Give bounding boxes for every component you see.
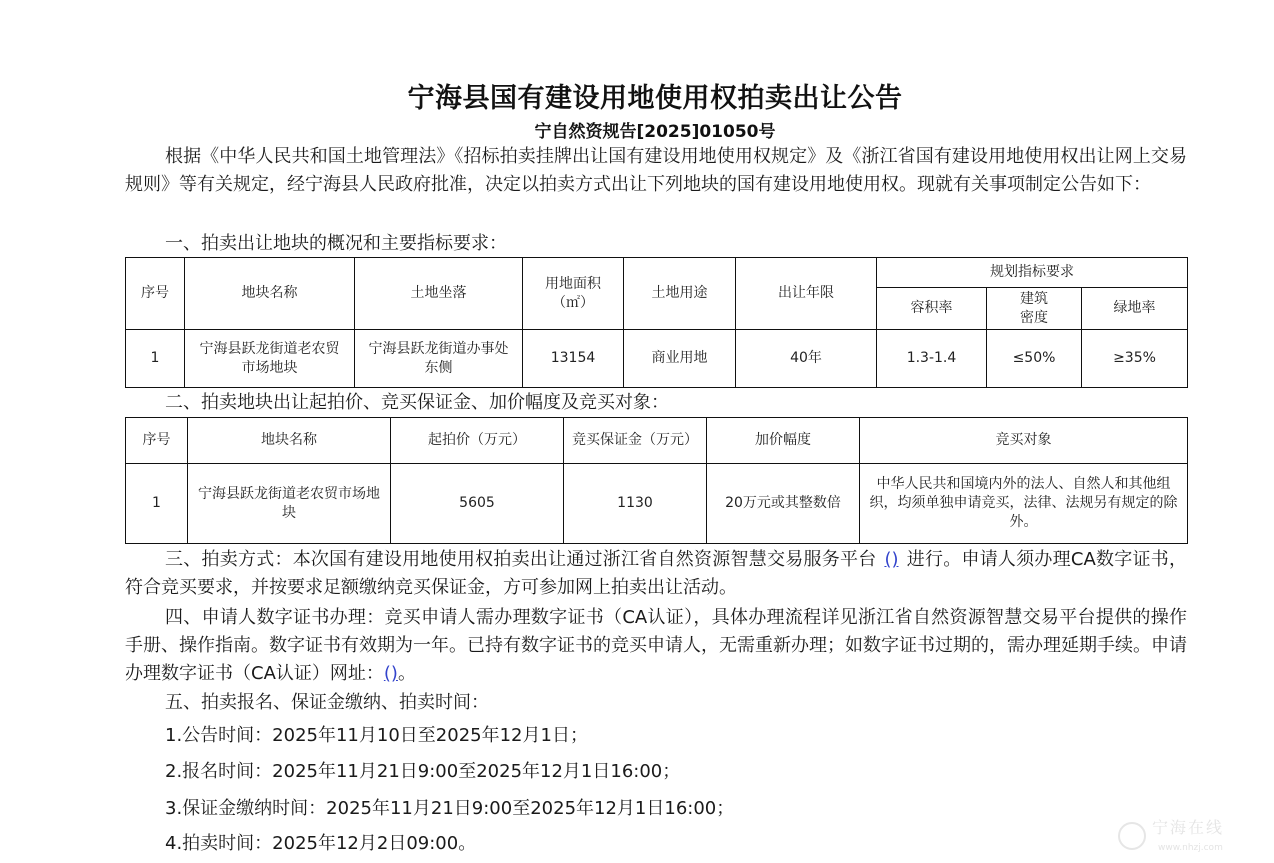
announcement-page: 宁海县国有建设用地使用权拍卖出让公告 宁自然资规告[2025]01050号 根据… (0, 0, 1274, 863)
header-parcel-name: 地块名称 (185, 258, 355, 330)
header-parcel-name: 地块名称 (188, 418, 391, 464)
section4-text-after: 。 (398, 663, 416, 684)
schedule-item-registration: 2.报名时间：2025年11月21日9:00至2025年12月1日16:00； (165, 758, 680, 786)
cell-parcel-name: 宁海县跃龙街道老农贸市场地块 (185, 330, 355, 388)
cell-location: 宁海县跃龙街道办事处东侧 (355, 330, 523, 388)
document-number: 宁自然资规告[2025]01050号 (0, 117, 1274, 142)
cell-parcel-name: 宁海县跃龙街道老农贸市场地块 (188, 464, 391, 544)
cell-parcel-name-text: 宁海县跃龙街道老农贸市场地块 (195, 340, 345, 378)
site-watermark: 宁海在线 www.nhzj.com (1118, 818, 1268, 858)
section3-paragraph: 三、拍卖方式：本次国有建设用地使用权拍卖出让通过浙江省自然资源智慧交易服务平台(… (125, 546, 1187, 602)
watermark-url: www.nhzj.com (1158, 840, 1223, 856)
table-row: 1 宁海县跃龙街道老农贸市场地块 宁海县跃龙街道办事处东侧 13154 商业用地… (126, 330, 1188, 388)
cell-increment: 20万元或其整数倍 (707, 464, 860, 544)
section5-heading: 五、拍卖报名、保证金缴纳、拍卖时间： (165, 689, 489, 717)
cell-start-price: 5605 (391, 464, 564, 544)
cell-term: 40年 (736, 330, 877, 388)
header-land-use: 土地用途 (624, 258, 736, 330)
header-area-label: 用地面积（㎡） (535, 275, 611, 313)
ca-certificate-link[interactable]: () (384, 663, 398, 684)
header-area: 用地面积（㎡） (523, 258, 624, 330)
cell-green: ≥35% (1082, 330, 1188, 388)
header-far: 容积率 (877, 288, 987, 330)
schedule-item-auction: 4.拍卖时间：2025年12月2日09:00。 (165, 830, 476, 858)
parcel-overview-table: 序号 地块名称 土地坐落 用地面积（㎡） 土地用途 出让年限 规划指标要求 容积… (125, 257, 1188, 388)
cell-deposit: 1130 (564, 464, 707, 544)
cell-seq: 1 (126, 464, 188, 544)
section1-heading: 一、拍卖出让地块的概况和主要指标要求： (165, 230, 507, 258)
cell-seq: 1 (126, 330, 185, 388)
intro-paragraph: 根据《中华人民共和国土地管理法》《招标拍卖挂牌出让国有建设用地使用权规定》及《浙… (125, 143, 1187, 199)
trading-platform-link[interactable]: () (876, 549, 906, 570)
schedule-item-announcement: 1.公告时间：2025年11月10日至2025年12月1日； (165, 722, 588, 750)
auction-terms-table: 序号 地块名称 起拍价（万元） 竞买保证金（万元） 加价幅度 竞买对象 1 宁海… (125, 417, 1188, 544)
watermark-name: 宁海在线 (1152, 820, 1224, 836)
header-start-price: 起拍价（万元） (391, 418, 564, 464)
header-planning: 规划指标要求 (877, 258, 1188, 288)
schedule-item-deposit: 3.保证金缴纳时间：2025年11月21日9:00至2025年12月1日16:0… (165, 795, 734, 823)
cell-density: ≤50% (987, 330, 1082, 388)
header-bidders: 竞买对象 (860, 418, 1188, 464)
cell-far: 1.3-1.4 (877, 330, 987, 388)
cell-location-text: 宁海县跃龙街道办事处东侧 (364, 340, 514, 378)
cell-bidders: 中华人民共和国境内外的法人、自然人和其他组织，均须单独申请竞买，法律、法规另有规… (860, 464, 1188, 544)
watermark-logo-icon (1118, 822, 1146, 850)
header-increment: 加价幅度 (707, 418, 860, 464)
header-density: 建筑密度 (987, 288, 1082, 330)
cell-parcel-name-text: 宁海县跃龙街道老农贸市场地块 (197, 485, 382, 523)
header-term: 出让年限 (736, 258, 877, 330)
document-title: 宁海县国有建设用地使用权拍卖出让公告 (0, 76, 1274, 115)
cell-bidders-text: 中华人民共和国境内外的法人、自然人和其他组织，均须单独申请竞买，法律、法规另有规… (870, 475, 1178, 532)
header-density-label: 建筑密度 (1019, 290, 1049, 328)
header-deposit: 竞买保证金（万元） (564, 418, 707, 464)
section4-text-before: 四、申请人数字证书办理：竞买申请人需办理数字证书（CA认证），具体办理流程详见浙… (125, 607, 1187, 684)
header-location: 土地坐落 (355, 258, 523, 330)
header-green: 绿地率 (1082, 288, 1188, 330)
section2-heading: 二、拍卖地块出让起拍价、竞买保证金、加价幅度及竞买对象： (165, 389, 669, 417)
section3-text-before: 三、拍卖方式：本次国有建设用地使用权拍卖出让通过浙江省自然资源智慧交易服务平台 (165, 549, 876, 570)
header-seq: 序号 (126, 258, 185, 330)
cell-area: 13154 (523, 330, 624, 388)
section4-paragraph: 四、申请人数字证书办理：竞买申请人需办理数字证书（CA认证），具体办理流程详见浙… (125, 604, 1187, 688)
header-seq: 序号 (126, 418, 188, 464)
table-row: 1 宁海县跃龙街道老农贸市场地块 5605 1130 20万元或其整数倍 中华人… (126, 464, 1188, 544)
cell-land-use: 商业用地 (624, 330, 736, 388)
